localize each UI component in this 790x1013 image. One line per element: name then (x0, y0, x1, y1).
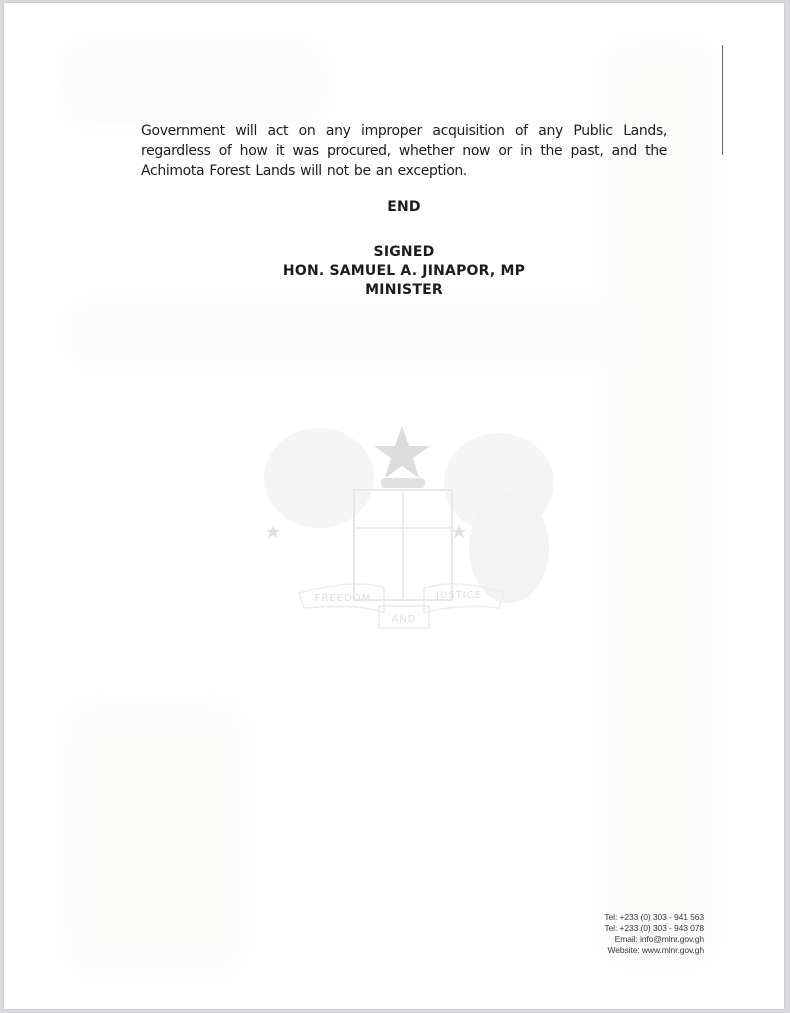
website: Website: www.mlnr.gov.gh (604, 945, 704, 956)
statement-paragraph: Government will act on any improper acqu… (141, 121, 667, 181)
telephone-1: Tel: +233 (0) 303 - 941 563 (604, 912, 704, 923)
scan-shadow (64, 703, 244, 973)
signed-label: SIGNED (141, 243, 667, 262)
document-page: Government will act on any improper acqu… (4, 3, 784, 1009)
scan-shadow (604, 43, 714, 963)
coat-of-arms-icon: FREEDOM AND JUSTICE (259, 408, 559, 638)
motto-justice: JUSTICE (435, 590, 482, 601)
motto-freedom: FREEDOM (315, 593, 372, 604)
signature-block: SIGNED HON. SAMUEL A. JINAPOR, MP MINIST… (141, 243, 667, 300)
scan-shadow (64, 303, 624, 363)
scan-shadow (64, 43, 324, 123)
email: Email: info@mlnr.gov.gh (604, 934, 704, 945)
end-label: END (141, 199, 667, 215)
contact-info: Tel: +233 (0) 303 - 941 563 Tel: +233 (0… (604, 912, 704, 956)
motto-and: AND (391, 614, 416, 625)
signatory-name: HON. SAMUEL A. JINAPOR, MP (141, 262, 667, 281)
page-edge-line (722, 45, 723, 155)
signatory-title: MINISTER (141, 281, 667, 300)
telephone-2: Tel: +233 (0) 303 - 943 078 (604, 923, 704, 934)
